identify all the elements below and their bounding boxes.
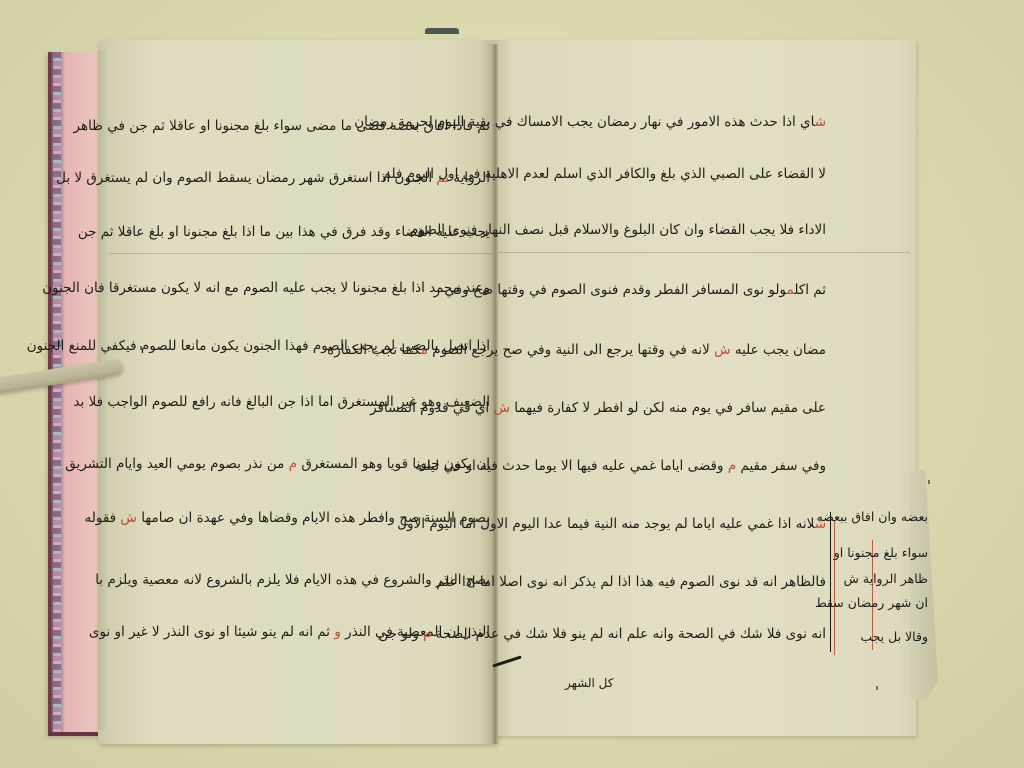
manuscript-photo: ثم فاذا افاق بعضه قضى ما مضى سواء بلغ مج… <box>0 0 1024 768</box>
text-line: ثم اكلمولو نوى المسافر الفطر وقدم فنوى ا… <box>434 284 826 298</box>
margin-gloss: بعضه وان افاق ببعضه سواء بلغ مجنونا او ظ… <box>838 505 928 645</box>
catchword: كل الشهر <box>565 676 613 690</box>
gloss-line: ظاهر الرواية ش <box>844 571 928 586</box>
marbled-edge <box>53 52 61 732</box>
text-line: فالظاهر انه قد نوى الصوم فيه هذا اذا لم … <box>436 576 826 590</box>
text-line: وفي سفر مقيم م وقضى اياما غمي عليه فيها … <box>415 460 826 474</box>
ink-speck <box>876 686 878 690</box>
gloss-line: بعضه وان افاق ببعضه <box>817 509 928 524</box>
text-line: انه نوى فلا شك في الصحة وانه علم انه لم … <box>378 628 826 642</box>
ink-speck <box>140 346 142 350</box>
text-line: لا القضاء على الصبي الذي بلغ والكافر الذ… <box>382 168 826 182</box>
text-line: على مقيم سافر في يوم منه لكن لو افطر لا … <box>370 402 826 416</box>
margin-rule-black <box>830 512 831 652</box>
text-line: شاي اذا حدث هذه الامور في نهار رمضان يجب… <box>354 116 826 130</box>
text-line: مضان يجب عليه ش لانه في وقتها يرجع الى ا… <box>327 344 826 358</box>
text-line: شلانه اذا غمي عليه اياما لم يوجد منه الن… <box>397 518 826 532</box>
text-line: وعند محمد اذا بلغ مجنونا لا يجب عليه الص… <box>42 282 490 296</box>
text-line: الاداء فلا يجب القضاء وان كان البلوغ وال… <box>410 224 826 238</box>
gloss-line: سواء بلغ مجنونا او <box>834 545 928 560</box>
margin-rule-red <box>834 520 835 655</box>
gloss-line: وقالا بل يجب <box>860 629 928 644</box>
gloss-line: ان شهر رمضان سقط <box>815 595 928 610</box>
ink-speck <box>928 480 930 484</box>
text-line: يصح النذر والشروع في هذه الايام فلا يلزم… <box>95 574 490 588</box>
right-page-text: شاي اذا حدث هذه الامور في نهار رمضان يجب… <box>508 0 826 768</box>
